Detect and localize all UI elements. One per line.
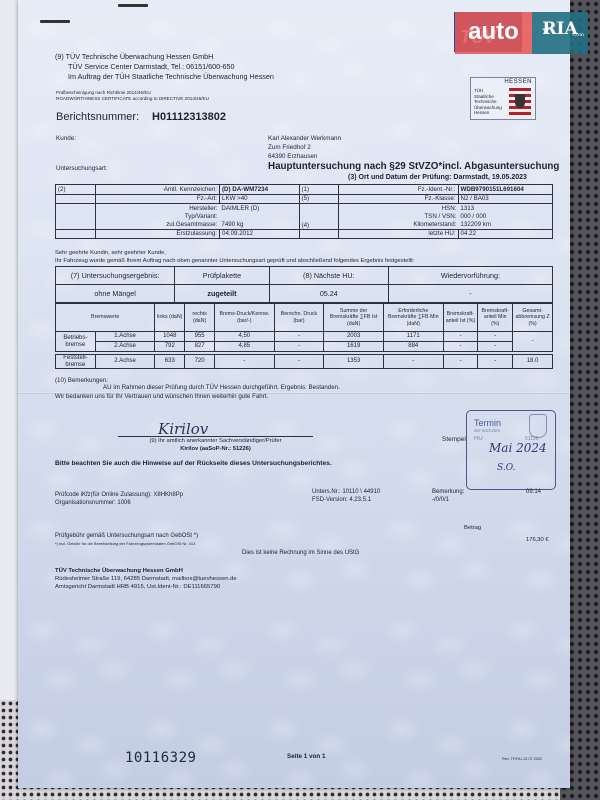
result-reinspection: - bbox=[388, 285, 552, 303]
certificate-line: ROADWORTHINESS CERTIFICATE according to … bbox=[56, 96, 209, 102]
vehicle-class-label: Fz.-Klasse: bbox=[339, 194, 458, 204]
report-number-label: Berichtsnummer: bbox=[56, 111, 139, 123]
brake-right: 827 bbox=[185, 342, 215, 352]
customer-city: 64390 Erzhausen bbox=[268, 152, 341, 161]
examiner-block: (9) Ihr amtlich anerkannter Sachverständ… bbox=[113, 437, 318, 453]
brake-axle: 2.Achse bbox=[95, 355, 155, 369]
report-number: Berichtsnummer: H01112313802 bbox=[56, 111, 139, 123]
inspection-place-date: (3) Ort und Datum der Prüfung: Darmstadt… bbox=[348, 174, 527, 181]
customer-label: Kunde: bbox=[56, 135, 76, 142]
inspection-type-value: Hauptuntersuchung nach §29 StVZO*incl. A… bbox=[268, 161, 559, 172]
inspection-report-page: (9) TÜV Technische Überwachung Hessen Gm… bbox=[18, 0, 570, 788]
result-outcome: ohne Mängel bbox=[56, 285, 175, 303]
inspection-number-block: Unters.Nr.: 10110 \ 44910 FSD-Version: 4… bbox=[312, 488, 380, 504]
star-icon: ★ bbox=[542, 14, 550, 48]
brake-header: Bremskraft-anteil Ist (%) bbox=[443, 304, 478, 332]
remarks: (10) Bemerkungen: AU im Rahmen dieser Pr… bbox=[55, 376, 340, 402]
fsd-version: FSD-Version: 4.23.5.1 bbox=[312, 496, 380, 504]
brake-header: Bremswerte bbox=[56, 304, 155, 332]
remarks-thanks: Wir bedanken uns für Ihr Vertrauen und w… bbox=[55, 392, 340, 402]
result-next-hu: 05.24 bbox=[269, 285, 388, 303]
brake-right: 955 bbox=[185, 332, 215, 342]
result-header: (8) Nächste HU: bbox=[269, 267, 388, 285]
brake-sum-actual: 2003 bbox=[324, 332, 384, 342]
last-hu-label: letzte HU: bbox=[339, 229, 458, 239]
issuer-block: (9) TÜV Technische Überwachung Hessen Gm… bbox=[55, 52, 274, 82]
brake-header: Brems-Druck/Kennw. (bar/-) bbox=[215, 304, 275, 332]
parking-brake-label: Feststell-bremse bbox=[56, 355, 96, 369]
organisation-number: Organisationsnummer: 1006 bbox=[55, 499, 183, 507]
brake-share-actual: - bbox=[443, 355, 478, 369]
brake-share-min: - bbox=[478, 342, 513, 352]
plate-label: Amtl. Kennzeichen: bbox=[95, 185, 219, 195]
stamp-hu: HU bbox=[474, 436, 483, 442]
vin-value: WDB9790151L691604 bbox=[458, 185, 552, 195]
customer-name: Karl Alexander Werkmann bbox=[268, 134, 341, 143]
remark-code-label: Bemerkung: bbox=[432, 488, 464, 496]
brake-axle: 2.Achse bbox=[95, 342, 155, 352]
fee-amount: 176,30 € bbox=[526, 537, 549, 543]
issuer-line: (9) TÜV Technische Überwachung Hessen Gm… bbox=[55, 52, 274, 62]
tsn-value: 000 / 000 bbox=[458, 212, 552, 220]
brake-sum-required: 884 bbox=[383, 342, 443, 352]
brake-values-table: Bremswerte links (daN) rechts (daN) Brem… bbox=[55, 303, 553, 369]
brake-calc-pressure: - bbox=[274, 332, 324, 342]
brake-row: 2.Achse 792 827 4,85 - 1619 884 - - bbox=[56, 342, 553, 352]
brake-left: 792 bbox=[155, 342, 185, 352]
ref-4: (4) bbox=[299, 204, 339, 230]
maker-label: Hersteller: bbox=[96, 204, 220, 212]
fee-footnote: *) incl. Gebühr für die Bereitstellung d… bbox=[55, 540, 198, 547]
vehicle-type-value: LKW >40 bbox=[220, 194, 300, 204]
brake-sum-required: 1171 bbox=[383, 332, 443, 342]
staple-mark bbox=[40, 20, 70, 23]
result-header: (7) Untersuchungsergebnis: bbox=[56, 267, 175, 285]
fee-amount-label: Betrag bbox=[464, 525, 481, 531]
odometer-label: Kilometerstand: bbox=[339, 220, 458, 228]
result-table: (7) Untersuchungsergebnis: Prüfplakette … bbox=[55, 266, 553, 303]
certificate-note: Prüfbescheinigung nach Richtlinie 2014/4… bbox=[56, 90, 209, 102]
fee-label: Prüfgebühr gemäß Untersuchungsart nach G… bbox=[55, 533, 198, 540]
greeting-line: Sehr geehrte Kundin, sehr geehrter Kunde… bbox=[55, 250, 414, 258]
variant-label: Typ/Variant: bbox=[96, 212, 220, 220]
brake-row: Betriebs-bremse 1.Achse 1048 955 4,50 - … bbox=[56, 332, 553, 342]
stamp-month: Mai 2024 bbox=[489, 441, 547, 455]
online-registration-code: Prüfcode iKfz(für Online Zulassung): X8H… bbox=[55, 491, 183, 499]
service-brake-total: - bbox=[513, 332, 553, 352]
customer-street: Zum Friedhof 2 bbox=[268, 143, 341, 152]
result-header: Prüfplakette bbox=[175, 267, 269, 285]
hessen-text: TÜH Staatliche Technische Überwachung He… bbox=[474, 88, 504, 116]
vin-label: Fz.-Ident.-Nr.: bbox=[339, 185, 458, 195]
greeting-line: Ihr Fahrzeug wurde gemäß Ihrem Auftrag n… bbox=[55, 258, 414, 266]
brake-calc-pressure: - bbox=[274, 342, 324, 352]
ref-5: (5) bbox=[299, 194, 339, 204]
form-revision: Rev. TP/HU-12.07.2022 bbox=[502, 757, 542, 761]
autoria-watermark-ria: ★ RIA .com bbox=[532, 12, 588, 54]
brake-share-min: - bbox=[478, 355, 513, 369]
no-invoice-note: Dies ist keine Rechnung im Sinne des USt… bbox=[242, 550, 359, 556]
autoria-watermark-auto: auto bbox=[455, 12, 532, 54]
report-number-value: H01112313802 bbox=[152, 111, 226, 123]
greeting: Sehr geehrte Kundin, sehr geehrter Kunde… bbox=[55, 250, 414, 265]
brake-header: Erforderliche Bremskräfte ∑FB Min (daN) bbox=[383, 304, 443, 332]
examiner-name: Kirilov (aaSoP-Nr.: 51226) bbox=[113, 445, 318, 453]
brake-share-actual: - bbox=[443, 332, 478, 342]
hsn-value: 1313 bbox=[458, 204, 552, 212]
remark-code-value: -/0/0/1 bbox=[432, 496, 464, 504]
inspection-time: 09:14 bbox=[526, 488, 541, 496]
hsn-label: HSN: bbox=[339, 204, 458, 212]
footer-org-name: TÜV Technische Überwachung Hessen GmbH bbox=[55, 567, 237, 575]
brake-axle: 1.Achse bbox=[95, 332, 155, 342]
first-registration-value: 04.09.2012 bbox=[220, 229, 300, 239]
brake-share-min: - bbox=[478, 332, 513, 342]
page-indicator: Seite 1 von 1 bbox=[287, 753, 326, 760]
brake-header: Berechn. Druck (bar) bbox=[274, 304, 324, 332]
brake-left: 633 bbox=[155, 355, 185, 369]
parking-brake-total: 18.0 bbox=[513, 355, 553, 369]
brake-header: Gesamt-abbremsung Z (%) bbox=[513, 304, 553, 332]
brake-sum-actual: 1353 bbox=[324, 355, 384, 369]
brake-header: rechts (daN) bbox=[185, 304, 215, 332]
fee-block: Prüfgebühr gemäß Untersuchungsart nach G… bbox=[55, 533, 198, 547]
hessen-logo: HESSEN TÜH Staatliche Technische Überwac… bbox=[470, 77, 536, 120]
ref-2: (2) bbox=[56, 185, 96, 195]
parking-brake-row: Feststell-bremse 2.Achse 633 720 - - 135… bbox=[56, 355, 553, 369]
mass-label: zul.Gesamtmasse: bbox=[96, 220, 220, 228]
maker-value: DAIMLER (D) bbox=[219, 204, 298, 212]
service-brake-label: Betriebs-bremse bbox=[56, 332, 96, 352]
brake-right: 720 bbox=[185, 355, 215, 369]
hessen-title: HESSEN bbox=[504, 80, 532, 86]
stamp-subtitle: der nächsten bbox=[474, 428, 500, 433]
odometer-value: 132209 km bbox=[458, 220, 552, 228]
brake-sum-actual: 1619 bbox=[324, 342, 384, 352]
issuer-line: Im Auftrag der TÜH Staatliche Technische… bbox=[55, 72, 274, 82]
brake-share-actual: - bbox=[443, 342, 478, 352]
next-inspection-stamp: Termin der nächsten HU 51126 Mai 2024 S.… bbox=[466, 410, 556, 490]
brake-sum-required: - bbox=[383, 355, 443, 369]
brake-pressure: 4,85 bbox=[215, 342, 275, 352]
brake-left: 1048 bbox=[155, 332, 185, 342]
brake-pressure: 4,50 bbox=[215, 332, 275, 342]
brake-header: links (daN) bbox=[155, 304, 185, 332]
watermark-auto-text: auto bbox=[468, 18, 519, 45]
stamp-initials: S.O. bbox=[497, 463, 515, 473]
stamp-emblem-icon bbox=[529, 414, 547, 438]
stamp-title: Termin bbox=[474, 418, 501, 428]
vehicle-data-table: (2) Amtl. Kennzeichen: (D) DA-WM7234 (1)… bbox=[55, 184, 553, 239]
organisation-footer: TÜV Technische Überwachung Hessen GmbH R… bbox=[55, 567, 237, 591]
result-header: Wiedervorführung: bbox=[388, 267, 552, 285]
plate-value: (D) DA-WM7234 bbox=[220, 185, 300, 195]
remark-code-block: Bemerkung: -/0/0/1 bbox=[432, 488, 464, 504]
staple-mark bbox=[118, 4, 148, 7]
ref-1: (1) bbox=[299, 185, 339, 195]
first-registration-label: Erstzulassung: bbox=[95, 229, 219, 239]
inspection-type-label: Untersuchungsart: bbox=[56, 165, 107, 172]
result-sticker: zugeteilt bbox=[175, 285, 269, 303]
hessen-coat-of-arms-icon bbox=[509, 88, 531, 116]
brake-pressure: - bbox=[215, 355, 275, 369]
examiner-caption: (9) Ihr amtlich anerkannter Sachverständ… bbox=[113, 437, 318, 445]
online-code-block: Prüfcode iKfz(für Online Zulassung): X8H… bbox=[55, 491, 183, 507]
document-number: 10116329 bbox=[125, 750, 196, 766]
vehicle-class-value: N2 / BA03 bbox=[458, 194, 552, 204]
last-hu-value: 04.22 bbox=[458, 229, 552, 239]
variant-value bbox=[219, 212, 298, 220]
reverse-side-notice: Bitte beachten Sie auch die Hinweise auf… bbox=[55, 460, 332, 467]
watermark-com-text: .com bbox=[572, 18, 584, 52]
brake-header: Bremskraft-anteil Min (%) bbox=[478, 304, 513, 332]
issuer-line: TÜV Service Center Darmstadt, Tel.: 0615… bbox=[55, 62, 274, 72]
mass-value: 7490 kg bbox=[219, 220, 298, 228]
footer-address: Rüdesheimer Straße 119, 64285 Darmstadt,… bbox=[55, 575, 237, 583]
tsn-label: TSN / VSN: bbox=[339, 212, 458, 220]
vehicle-type-label: Fz.-Art: bbox=[95, 194, 219, 204]
brake-header: Summe der Bremskräfte ∑FB Ist (daN) bbox=[324, 304, 384, 332]
brake-calc-pressure: - bbox=[274, 355, 324, 369]
stamp-label: Stempel bbox=[442, 436, 466, 443]
inspection-number: Unters.Nr.: 10110 \ 44910 bbox=[312, 488, 380, 496]
footer-registration: Amtsgericht Darmstadt HRB 4915, Ust.Iden… bbox=[55, 583, 237, 591]
customer-address: Karl Alexander Werkmann Zum Friedhof 2 6… bbox=[268, 134, 341, 161]
